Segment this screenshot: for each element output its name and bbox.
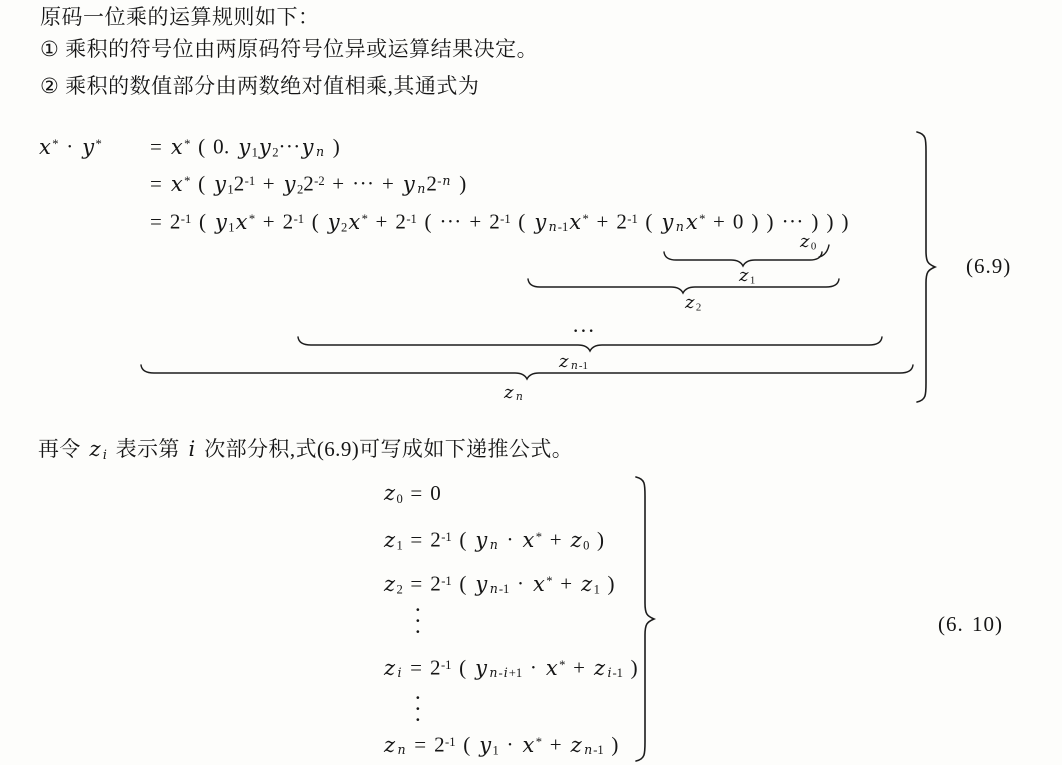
eq610-line-zn: zn = 2-1 ( y1 · x* + zn-1 ) [383,729,619,763]
eq69-group-brace-icon [914,131,938,403]
rule-item-1: ① 乘积的符号位由两原码符号位异或运算结果决定。 [40,36,538,62]
eq69-brace-label-z2: z2 [684,292,701,317]
eq69-line3: = 2-1 ( y1x* + 2-1 ( y2x* + 2-1 ( ··· + … [150,206,849,240]
underbrace-zn-1-icon [297,336,883,352]
intro-line: 原码一位乘的运算规则如下： [40,4,320,30]
underbrace-zn-icon [140,364,914,380]
eq69-line1-rhs: = x* ( 0. y1y2···yn ) [150,131,340,165]
eq69-line1-lhs: x* · y* [38,131,102,160]
eq610-vdots-1: ··· [415,604,421,637]
rule-item-2: ② 乘积的数值部分由两数绝对值相乘,其通式为 [40,73,479,99]
eq610-line-z0: z0 = 0 [383,480,441,512]
eq69-brace-label-zn: zn [503,382,524,407]
textbook-page: 原码一位乘的运算规则如下： ① 乘积的符号位由两原码符号位异或运算结果决定。 ②… [0,0,1062,765]
eq610-line-zi: zi = 2-1 ( yn-i+1 · x* + zi-1 ) [383,652,638,686]
eq69-number: (6.9) [966,253,1011,279]
transition-text: 再令 zi 表示第 i 次部分积,式(6.9)可写成如下递推公式。 [38,436,573,468]
eq610-line-z1: z1 = 2-1 ( yn · x* + z0 ) [383,524,604,558]
eq610-line-z2: z2 = 2-1 ( yn-1 · x* + z1 ) [383,568,615,602]
eq69-line2: = x* ( y12-1 + y22-2 + ··· + yn2-n ) [150,168,467,202]
eq610-vdots-2: ··· [415,692,421,725]
eq610-group-brace-icon [633,476,657,762]
eq610-number: (6. 10) [938,611,1003,637]
